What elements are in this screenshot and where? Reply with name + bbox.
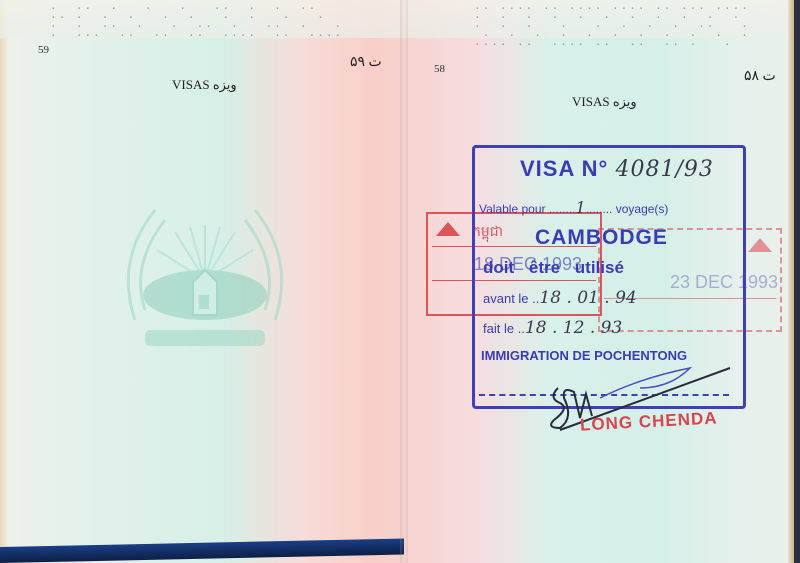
perforation: · ·· · · · ·· · · ·· ·· · · · · · · · · …: [50, 4, 343, 40]
passport-cover-edge: [0, 539, 404, 563]
temple-icon: [748, 238, 772, 252]
visas-title-arabic: ویزه: [613, 94, 637, 109]
valid-label: Valable pour: [479, 202, 546, 216]
visa-number-row: VISA N° 4081/93: [520, 156, 714, 182]
left-page: · ·· · · · ·· · · ·· ·· · · · · · · · · …: [0, 0, 404, 563]
visas-title-latin: VISAS: [572, 94, 610, 109]
page-number: 59: [38, 44, 49, 56]
page-number: 58: [434, 63, 445, 75]
temple-icon: [436, 222, 460, 236]
until-row: avant le ..18 . 01 . 94: [483, 288, 637, 308]
visas-title: VISAS ویزه: [172, 77, 237, 93]
until-label: avant le: [483, 291, 529, 306]
issued-row: fait le ..18 . 12 . 93: [483, 318, 622, 338]
emblem-watermark-icon: [105, 170, 305, 370]
book-gutter: [400, 0, 408, 563]
voyages-label: voyage(s): [616, 202, 669, 216]
issued-value: 18 . 12 . 93: [525, 318, 622, 338]
until-value: 18 . 01 . 94: [539, 288, 636, 308]
left-binding: [0, 0, 8, 563]
visa-country: CAMBODGE: [535, 226, 668, 250]
issued-label: fait le: [483, 321, 514, 336]
page-number-arabic: ۵۹ ت: [350, 54, 382, 71]
must-be-used-label: doit être utilisé: [483, 258, 624, 278]
visa-label: VISA N°: [520, 156, 608, 181]
visas-title: VISAS ویزه: [572, 94, 637, 110]
perforation: ·· ···· ·· ···· ···· ·· ··· ···· · · · ·…: [474, 4, 750, 49]
visa-number: 4081/93: [615, 157, 713, 182]
visas-title-arabic: ویزه: [213, 77, 237, 92]
valid-row: Valable pour ........1........ voyage(s): [479, 198, 668, 217]
valid-value: 1: [576, 198, 586, 217]
page-number-arabic: ۵۸ ت: [744, 68, 776, 85]
visas-title-latin: VISAS: [172, 77, 210, 92]
page-edge: [788, 0, 794, 563]
passport-spread: · ·· · · · ·· · · ·· ·· · · · · · · · · …: [0, 0, 800, 563]
